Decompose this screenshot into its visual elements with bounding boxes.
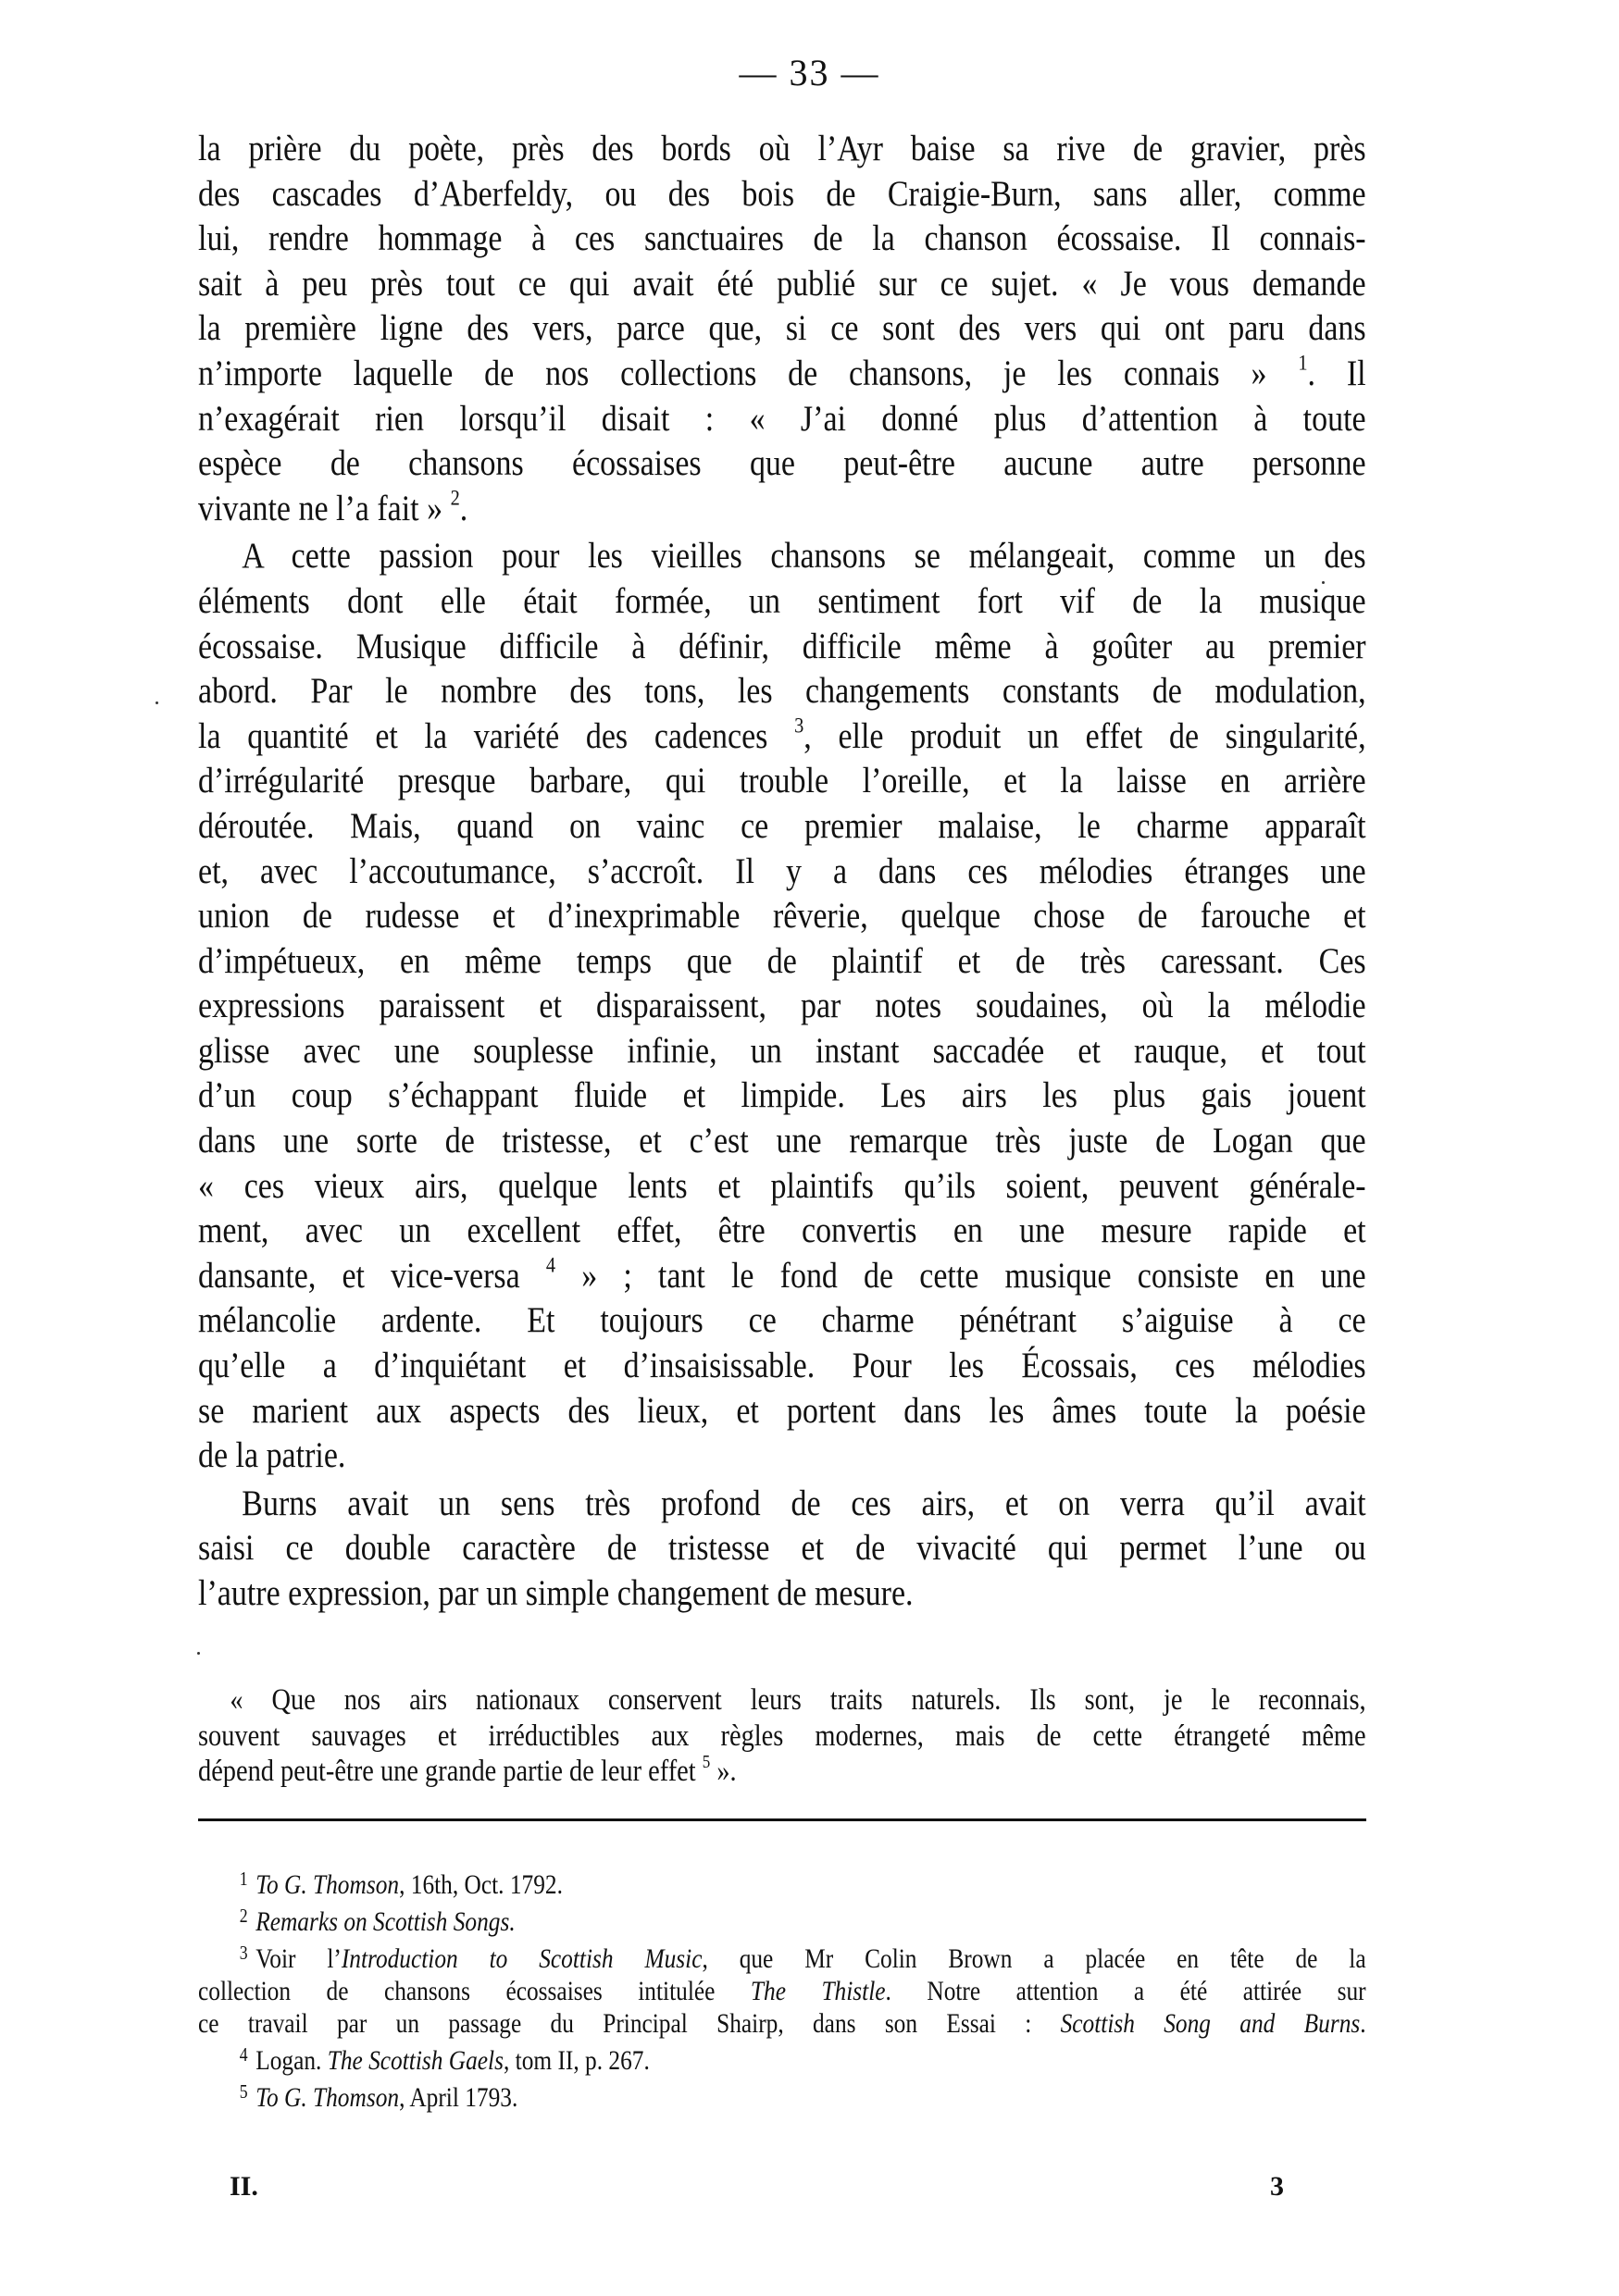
text-line: la première ligne des vers, parce que, s… [198, 305, 1366, 351]
footnote-text: . Notre attention a été attirée sur [886, 1977, 1366, 2006]
footnote-text: Voir l’ [255, 1944, 342, 1974]
footnote-number: 3 [240, 1943, 248, 1964]
text-line: Burns avait un sens très profond de ces … [198, 1481, 1366, 1526]
text-line: abord. Par le nombre des tons, les chang… [198, 668, 1366, 714]
text-span: . [460, 488, 467, 528]
footnote-1: 1To G. Thomson, 16th, Oct. 1792. [198, 1869, 1366, 1902]
block-quote: « Que nos airs nationaux conservent leur… [198, 1682, 1366, 1790]
sheet-signature: 3 [1270, 2171, 1284, 2203]
text-line: espèce de chansons écossaises que peut-ê… [198, 441, 1366, 486]
text-span: . Il [1308, 353, 1366, 393]
page-number: — 33 — [0, 51, 1619, 94]
quote-line: souvent sauvages et irréductibles aux rè… [198, 1719, 1366, 1755]
footnote-text: , que Mr Colin Brown a placée en tête de… [702, 1944, 1365, 1974]
text-span: , elle produit un effet de singularité, [803, 715, 1365, 756]
footnote-text: collection de chansons écossaises intitu… [198, 1977, 751, 2006]
footnote-title: To G. Thomson [255, 2083, 399, 2113]
text-line: de la patrie. [198, 1433, 1366, 1478]
text-line: la prière du poète, près des bords où l’… [198, 126, 1366, 171]
text-line: dans une sorte de tristesse, et c’est un… [198, 1118, 1366, 1163]
text-line: d’irrégularité presque barbare, qui trou… [198, 758, 1366, 803]
footnote-text: , 16th, Oct. 1792. [399, 1870, 563, 1900]
text-span: ». [710, 1755, 736, 1788]
text-line: se marient aux aspects des lieux, et por… [198, 1388, 1366, 1433]
footnote-separator [198, 1818, 1366, 1821]
text-line: « ces vieux airs, quelque lents et plain… [198, 1163, 1366, 1209]
text-line: ment, avec un excellent effet, être conv… [198, 1208, 1366, 1253]
text-span: dansante, et vice-versa [198, 1255, 520, 1296]
footnote-ref: 2 [451, 486, 460, 510]
text-line: l’autre expression, par un simple change… [198, 1570, 1366, 1616]
text-line: n’exagérait rien lorsqu’il disait : « J’… [198, 396, 1366, 441]
footnote-ref: 5 [703, 1752, 711, 1772]
footnote-text: Logan. [255, 2046, 328, 2076]
footnote-3-line-1: 3Voir l’Introduction to Scottish Music, … [198, 1943, 1366, 1976]
footnote-number: 1 [240, 1869, 248, 1890]
text-line: sait à peu près tout ce qui avait été pu… [198, 261, 1366, 306]
scan-speck [197, 1652, 200, 1655]
text-line: dansante, et vice-versa 4 » ; tant le fo… [198, 1253, 1366, 1298]
scan-speck [1322, 581, 1325, 584]
footnote-text: ce travail par un passage du Principal S… [198, 2009, 1061, 2039]
quote-line: dépend peut-être une grande partie de le… [198, 1754, 1366, 1790]
text-line: saisi ce double caractère de tristesse e… [198, 1525, 1366, 1570]
text-span: la quantité et la variété des cadences [198, 715, 767, 756]
footnote-title: Scottish Song and Burns [1061, 2009, 1361, 2039]
text-line: A cette passion pour les vieilles chanso… [198, 533, 1366, 578]
text-span: » ; tant le fond de cette musique consis… [555, 1255, 1366, 1296]
text-line: qu’elle a d’inquiétant et d’insaisissabl… [198, 1343, 1366, 1388]
footnote-ref: 1 [1298, 351, 1307, 375]
text-line: éléments dont elle était formée, un sent… [198, 578, 1366, 624]
text-line: vivante ne l’a fait » 2. [198, 486, 1366, 531]
footnote-text: . [1360, 2009, 1365, 2039]
text-line: union de rudesse et d’inexprimable rêver… [198, 893, 1366, 938]
footnote-4: 4Logan. The Scottish Gaels, tom II, p. 2… [198, 2045, 1366, 2078]
text-span: n’importe laquelle de nos collections de… [198, 353, 1266, 393]
quote-line: « Que nos airs nationaux conservent leur… [198, 1682, 1366, 1719]
footnote-2: 2Remarks on Scottish Songs. [198, 1906, 1366, 1939]
text-line: écossaise. Musique difficile à définir, … [198, 624, 1366, 669]
text-line: n’importe laquelle de nos collections de… [198, 351, 1366, 396]
footnote-title: To G. Thomson [255, 1870, 399, 1900]
text-span: dépend peut-être une grande partie de le… [198, 1755, 696, 1788]
footnote-5: 5To G. Thomson, April 1793. [198, 2082, 1366, 2115]
footnote-text: , tom II, p. 267. [504, 2046, 650, 2076]
footnotes: 1To G. Thomson, 16th, Oct. 1792. 2Remark… [198, 1869, 1366, 2115]
text-line: mélancolie ardente. Et toujours ce charm… [198, 1297, 1366, 1343]
footnote-title: The Scottish Gaels [328, 2046, 504, 2076]
text-line: la quantité et la variété des cadences 3… [198, 714, 1366, 759]
text-line: et, avec l’accoutumance, s’accroît. Il y… [198, 849, 1366, 894]
text-line: expressions paraissent et disparaissent,… [198, 983, 1366, 1028]
text-line: lui, rendre hommage à ces sanctuaires de… [198, 216, 1366, 261]
footnote-title: Introduction to Scottish Music [342, 1944, 703, 1974]
footnote-title: The Thistle [751, 1977, 886, 2006]
footnote-title: Remarks on Scottish Songs. [255, 1907, 515, 1937]
footnote-number: 2 [240, 1906, 248, 1927]
text-line: d’impétueux, en même temps que de plaint… [198, 938, 1366, 984]
text-line: des cascades d’Aberfeldy, ou des bois de… [198, 171, 1366, 217]
text-line: glisse avec une souplesse infinie, un in… [198, 1028, 1366, 1074]
footnote-ref: 4 [546, 1253, 555, 1277]
footnote-ref: 3 [794, 714, 803, 738]
footnote-3-line-2: collection de chansons écossaises intitu… [198, 1976, 1366, 2008]
main-text: la prière du poète, près des bords où l’… [198, 126, 1366, 1616]
text-line: d’un coup s’échappant fluide et limpide.… [198, 1073, 1366, 1118]
volume-signature: II. [230, 2171, 258, 2203]
footnote-number: 5 [240, 2082, 248, 2103]
footnote-text: , April 1793. [399, 2083, 517, 2113]
text-span: vivante ne l’a fait » [198, 488, 442, 528]
footnote-3-line-3: ce travail par un passage du Principal S… [198, 2008, 1366, 2041]
scan-speck [156, 701, 158, 704]
text-line: déroutée. Mais, quand on vainc ce premie… [198, 803, 1366, 849]
footnote-number: 4 [240, 2045, 248, 2066]
